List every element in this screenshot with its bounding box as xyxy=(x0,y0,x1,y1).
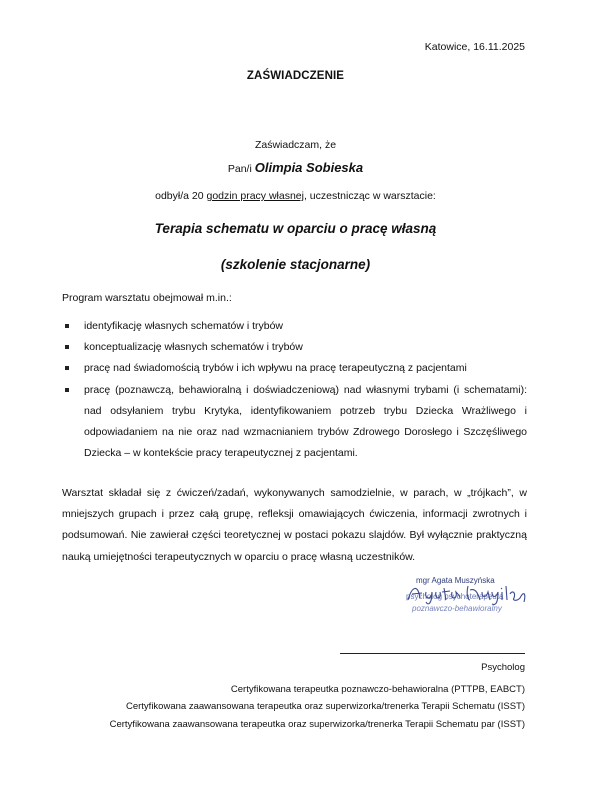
program-item: pracę (poznawczą, behawioralną i doświad… xyxy=(62,380,527,465)
handwritten-signature-icon xyxy=(402,580,532,610)
credential-line: Certyfikowana terapeutka poznawczo-behaw… xyxy=(231,684,525,695)
person-name: Olimpia Sobieska xyxy=(255,160,363,175)
signature-line xyxy=(340,653,525,654)
hours-prefix: odbył/a 20 xyxy=(155,190,206,202)
square-bullet-icon xyxy=(65,366,69,370)
workshop-title: Terapia schematu w oparciu o pracę własn… xyxy=(0,221,591,236)
person-line: Pan/i Olimpia Sobieska xyxy=(0,160,591,175)
hours-suffix: , uczestnicząc w warsztacie: xyxy=(304,190,436,202)
certify-text: Zaświadczam, że xyxy=(0,139,591,151)
credential-line: Certyfikowana zaawansowana terapeutka or… xyxy=(126,701,525,712)
square-bullet-icon xyxy=(65,324,69,328)
program-item: pracę nad świadomością trybów i ich wpły… xyxy=(62,358,527,379)
program-item: konceptualizację własnych schematów i tr… xyxy=(62,337,527,358)
program-item: identyfikację własnych schematów i trybó… xyxy=(62,316,527,337)
signatory-role: Psycholog xyxy=(481,662,525,673)
square-bullet-icon xyxy=(65,388,69,392)
person-prefix: Pan/i xyxy=(228,163,252,175)
hours-underlined: godzin pracy własnej xyxy=(207,190,304,202)
program-list: identyfikację własnych schematów i trybó… xyxy=(62,316,527,464)
square-bullet-icon xyxy=(65,345,69,349)
workshop-description: Warsztat składał się z ćwiczeń/zadań, wy… xyxy=(62,483,527,568)
place-date: Katowice, 16.11.2025 xyxy=(425,41,525,53)
document-title: ZAŚWIADCZENIE xyxy=(0,70,591,82)
credential-line: Certyfikowana zaawansowana terapeutka or… xyxy=(110,719,525,730)
workshop-type: (szkolenie stacjonarne) xyxy=(0,257,591,272)
signature-stamp: mgr Agata Muszyńska psycholog psychotera… xyxy=(402,576,532,622)
program-intro: Program warsztatu obejmował m.in.: xyxy=(62,292,232,304)
hours-line: odbył/a 20 godzin pracy własnej, uczestn… xyxy=(0,190,591,202)
